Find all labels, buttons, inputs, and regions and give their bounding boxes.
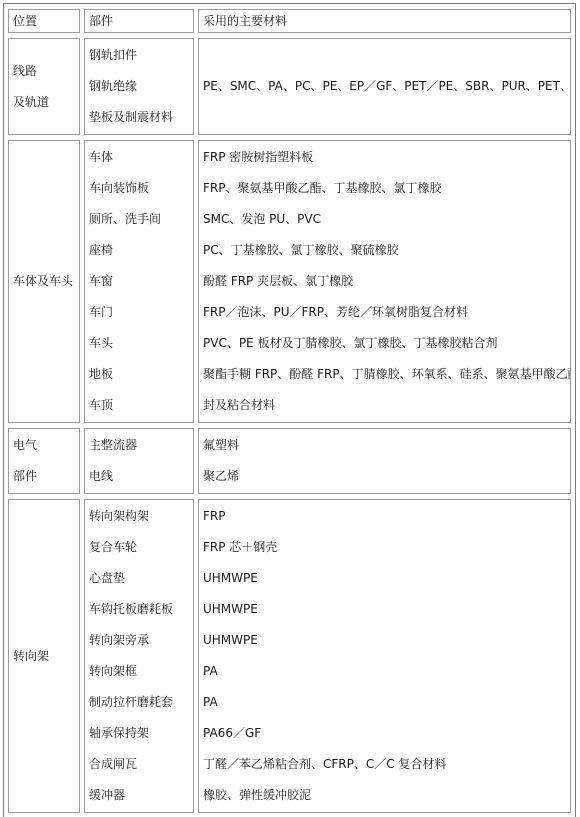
table-row-electrical: 电气 部件 主整流器 电线 氟塑料 聚乙烯 — [8, 428, 571, 494]
table-row-track: 线路 及轨道 钢轨扣件 钢轨绝缘 垫板及制震材料 PE、SMC、PA、PC、PE… — [8, 38, 571, 135]
position-cell: 线路 及轨道 — [8, 38, 80, 135]
header-row: 位置 部件 采用的主要材料 — [8, 9, 571, 33]
material-cell: 氟塑料 聚乙烯 — [198, 428, 571, 494]
header-component: 部件 — [84, 9, 194, 33]
page: 位置 部件 采用的主要材料 线路 及轨道 钢轨扣件 钢轨绝缘 垫板及制震材料 P… — [0, 0, 580, 817]
materials-table: 位置 部件 采用的主要材料 线路 及轨道 钢轨扣件 钢轨绝缘 垫板及制震材料 P… — [3, 3, 576, 817]
table-row-bogie: 转向架 转向架构架 复合车轮 心盘垫 车钩托板磨耗板 转向架旁承 转向架框 制动… — [8, 499, 571, 813]
component-cell: 转向架构架 复合车轮 心盘垫 车钩托板磨耗板 转向架旁承 转向架框 制动拉杆磨耗… — [84, 499, 194, 813]
header-material: 采用的主要材料 — [198, 9, 571, 33]
header-position: 位置 — [8, 9, 80, 33]
material-cell: PE、SMC、PA、PC、PE、EP／GF、PET／PE、SBR、PUR、PET… — [198, 38, 571, 135]
component-cell: 钢轨扣件 钢轨绝缘 垫板及制震材料 — [84, 38, 194, 135]
component-cell: 车体 车向装饰板 厕所、洗手间 座椅 车窗 车门 车头 地板 车顶 — [84, 140, 194, 423]
position-cell: 转向架 — [8, 499, 80, 813]
component-cell: 主整流器 电线 — [84, 428, 194, 494]
position-cell: 电气 部件 — [8, 428, 80, 494]
material-cell: FRP FRP 芯＋钢壳 UHMWPE UHMWPE UHMWPE PA PA … — [198, 499, 571, 813]
position-cell: 车体及车头 — [8, 140, 80, 423]
table-row-carbody: 车体及车头 车体 车向装饰板 厕所、洗手间 座椅 车窗 车门 车头 地板 车顶 … — [8, 140, 571, 423]
material-cell: FRP 密胺树指塑料板 FRP、聚氨基甲酸乙酯、丁基橡胶、氯丁橡胶 SMC、发泡… — [198, 140, 571, 423]
